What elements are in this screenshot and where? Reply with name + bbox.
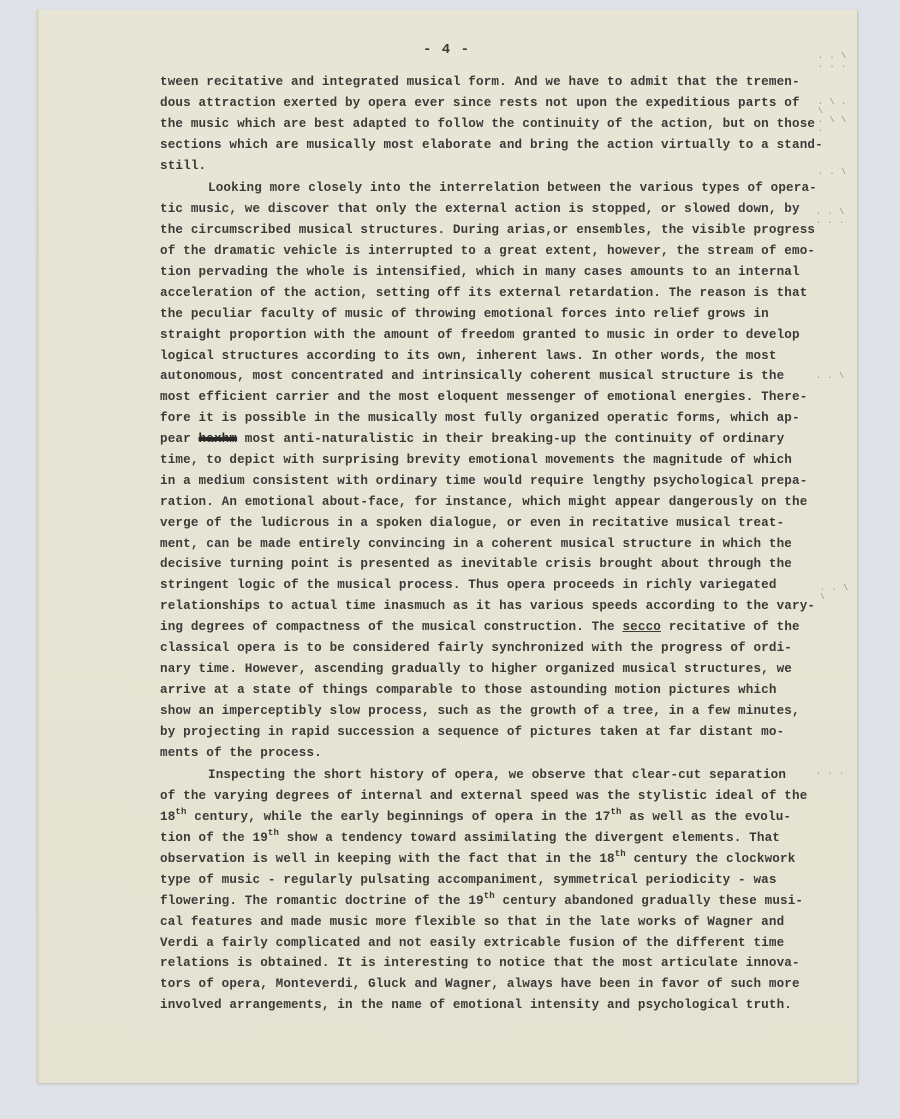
text-line: verge of the ludicrous in a spoken dialo…: [160, 513, 860, 534]
text-segment: show a tendency toward assimilating the …: [279, 831, 780, 845]
text-line: stringent logic of the musical process. …: [160, 575, 860, 596]
text-line: Looking more closely into the interrelat…: [160, 178, 860, 199]
text-line: in a medium consistent with ordinary tim…: [160, 471, 860, 492]
paragraph-1: tween recitative and integrated musical …: [160, 72, 860, 176]
text-line-with-superscript: observation is well in keeping with the …: [160, 849, 860, 870]
text-line: logical structures according to its own,…: [160, 346, 860, 367]
text-segment: tion of the: [160, 831, 253, 845]
text-line: still.: [160, 156, 860, 177]
text-segment: flowering. The romantic doctrine of the: [160, 894, 468, 908]
text-segment: observation is well in keeping with the …: [160, 852, 599, 866]
text-line: ments of the process.: [160, 743, 860, 764]
text-segment: ing degrees of compactness of the musica…: [160, 620, 622, 634]
text-line: by projecting in rapid succession a sequ…: [160, 722, 860, 743]
margin-bleed-marks: . . \. . .: [818, 52, 847, 70]
text-segment: 19: [468, 894, 483, 908]
text-segment: most anti-naturalistic in their breaking…: [237, 432, 784, 446]
text-line: Verdi a fairly complicated and not easil…: [160, 933, 860, 954]
text-line: the music which are best adapted to foll…: [160, 114, 860, 135]
text-line: dous attraction exerted by opera ever si…: [160, 93, 860, 114]
text-segment: as well as the evolu-: [622, 810, 792, 824]
struck-out-word: haxhm: [199, 432, 238, 446]
text-line: fore it is possible in the musically mos…: [160, 408, 860, 429]
text-line: classical opera is to be considered fair…: [160, 638, 860, 659]
text-line: tors of opera, Monteverdi, Gluck and Wag…: [160, 974, 860, 995]
margin-bleed-marks: . . \: [816, 372, 845, 381]
text-line-with-strikeout: pear haxhm most anti-naturalistic in the…: [160, 429, 860, 450]
text-line: time, to depict with surprising brevity …: [160, 450, 860, 471]
superscript: th: [615, 849, 626, 859]
text-segment: century, while the early beginnings of o…: [187, 810, 596, 824]
text-line: show an imperceptibly slow process, such…: [160, 701, 860, 722]
text-segment: pear: [160, 432, 199, 446]
text-line: ration. An emotional about-face, for ins…: [160, 492, 860, 513]
text-line: tween recitative and integrated musical …: [160, 72, 860, 93]
text-line-with-superscript: tion of the 19th show a tendency toward …: [160, 828, 860, 849]
text-line: tic music, we discover that only the ext…: [160, 199, 860, 220]
text-line: type of music - regularly pulsating acco…: [160, 870, 860, 891]
text-line-with-superscript: flowering. The romantic doctrine of the …: [160, 891, 860, 912]
text-line: relationships to actual time inasmuch as…: [160, 596, 860, 617]
text-line: nary time. However, ascending gradually …: [160, 659, 860, 680]
superscript: th: [484, 891, 495, 901]
document-body: tween recitative and integrated musical …: [160, 72, 860, 1016]
text-segment: 18: [599, 852, 614, 866]
superscript: th: [175, 807, 186, 817]
text-line: involved arrangements, in the name of em…: [160, 995, 860, 1016]
page-number: - 4 -: [36, 42, 857, 58]
text-line: autonomous, most concentrated and intrin…: [160, 366, 860, 387]
text-line: the peculiar faculty of music of throwin…: [160, 304, 860, 325]
text-segment: 19: [253, 831, 268, 845]
margin-bleed-marks: . . \: [818, 168, 847, 177]
text-line: cal features and made music more flexibl…: [160, 912, 860, 933]
paragraph-3: Inspecting the short history of opera, w…: [160, 765, 860, 1016]
text-line: of the dramatic vehicle is interrupted t…: [160, 241, 860, 262]
margin-bleed-marks: . . \ \: [820, 584, 857, 602]
text-line-with-underline: ing degrees of compactness of the musica…: [160, 617, 860, 638]
text-line-with-superscript: 18th century, while the early beginnings…: [160, 807, 860, 828]
text-line: arrive at a state of things comparable t…: [160, 680, 860, 701]
margin-bleed-marks: . . .: [816, 768, 845, 777]
text-line: the circumscribed musical structures. Du…: [160, 220, 860, 241]
text-segment: century abandoned gradually these musi-: [495, 894, 803, 908]
text-segment: 17: [595, 810, 610, 824]
paragraph-2: Looking more closely into the interrelat…: [160, 178, 860, 763]
typewritten-page: - 4 - tween recitative and integrated mu…: [36, 10, 857, 1083]
text-line: Inspecting the short history of opera, w…: [160, 765, 860, 786]
text-line: most efficient carrier and the most eloq…: [160, 387, 860, 408]
margin-bleed-marks: . . \. . .: [816, 208, 845, 226]
text-line: of the varying degrees of internal and e…: [160, 786, 860, 807]
text-segment: century the clockwork: [626, 852, 796, 866]
text-line: straight proportion with the amount of f…: [160, 325, 860, 346]
text-line: sections which are musically most elabor…: [160, 135, 860, 156]
text-line: acceleration of the action, setting off …: [160, 283, 860, 304]
text-segment: recitative of the: [661, 620, 800, 634]
superscript: th: [610, 807, 621, 817]
superscript: th: [268, 828, 279, 838]
underlined-word: secco: [622, 620, 661, 634]
margin-bleed-marks: . \ . \. \ \ .: [818, 98, 857, 134]
text-line: tion pervading the whole is intensified,…: [160, 262, 860, 283]
text-line: relations is obtained. It is interesting…: [160, 953, 860, 974]
text-line: decisive turning point is presented as i…: [160, 554, 860, 575]
text-segment: 18: [160, 810, 175, 824]
text-line: ment, can be made entirely convincing in…: [160, 534, 860, 555]
